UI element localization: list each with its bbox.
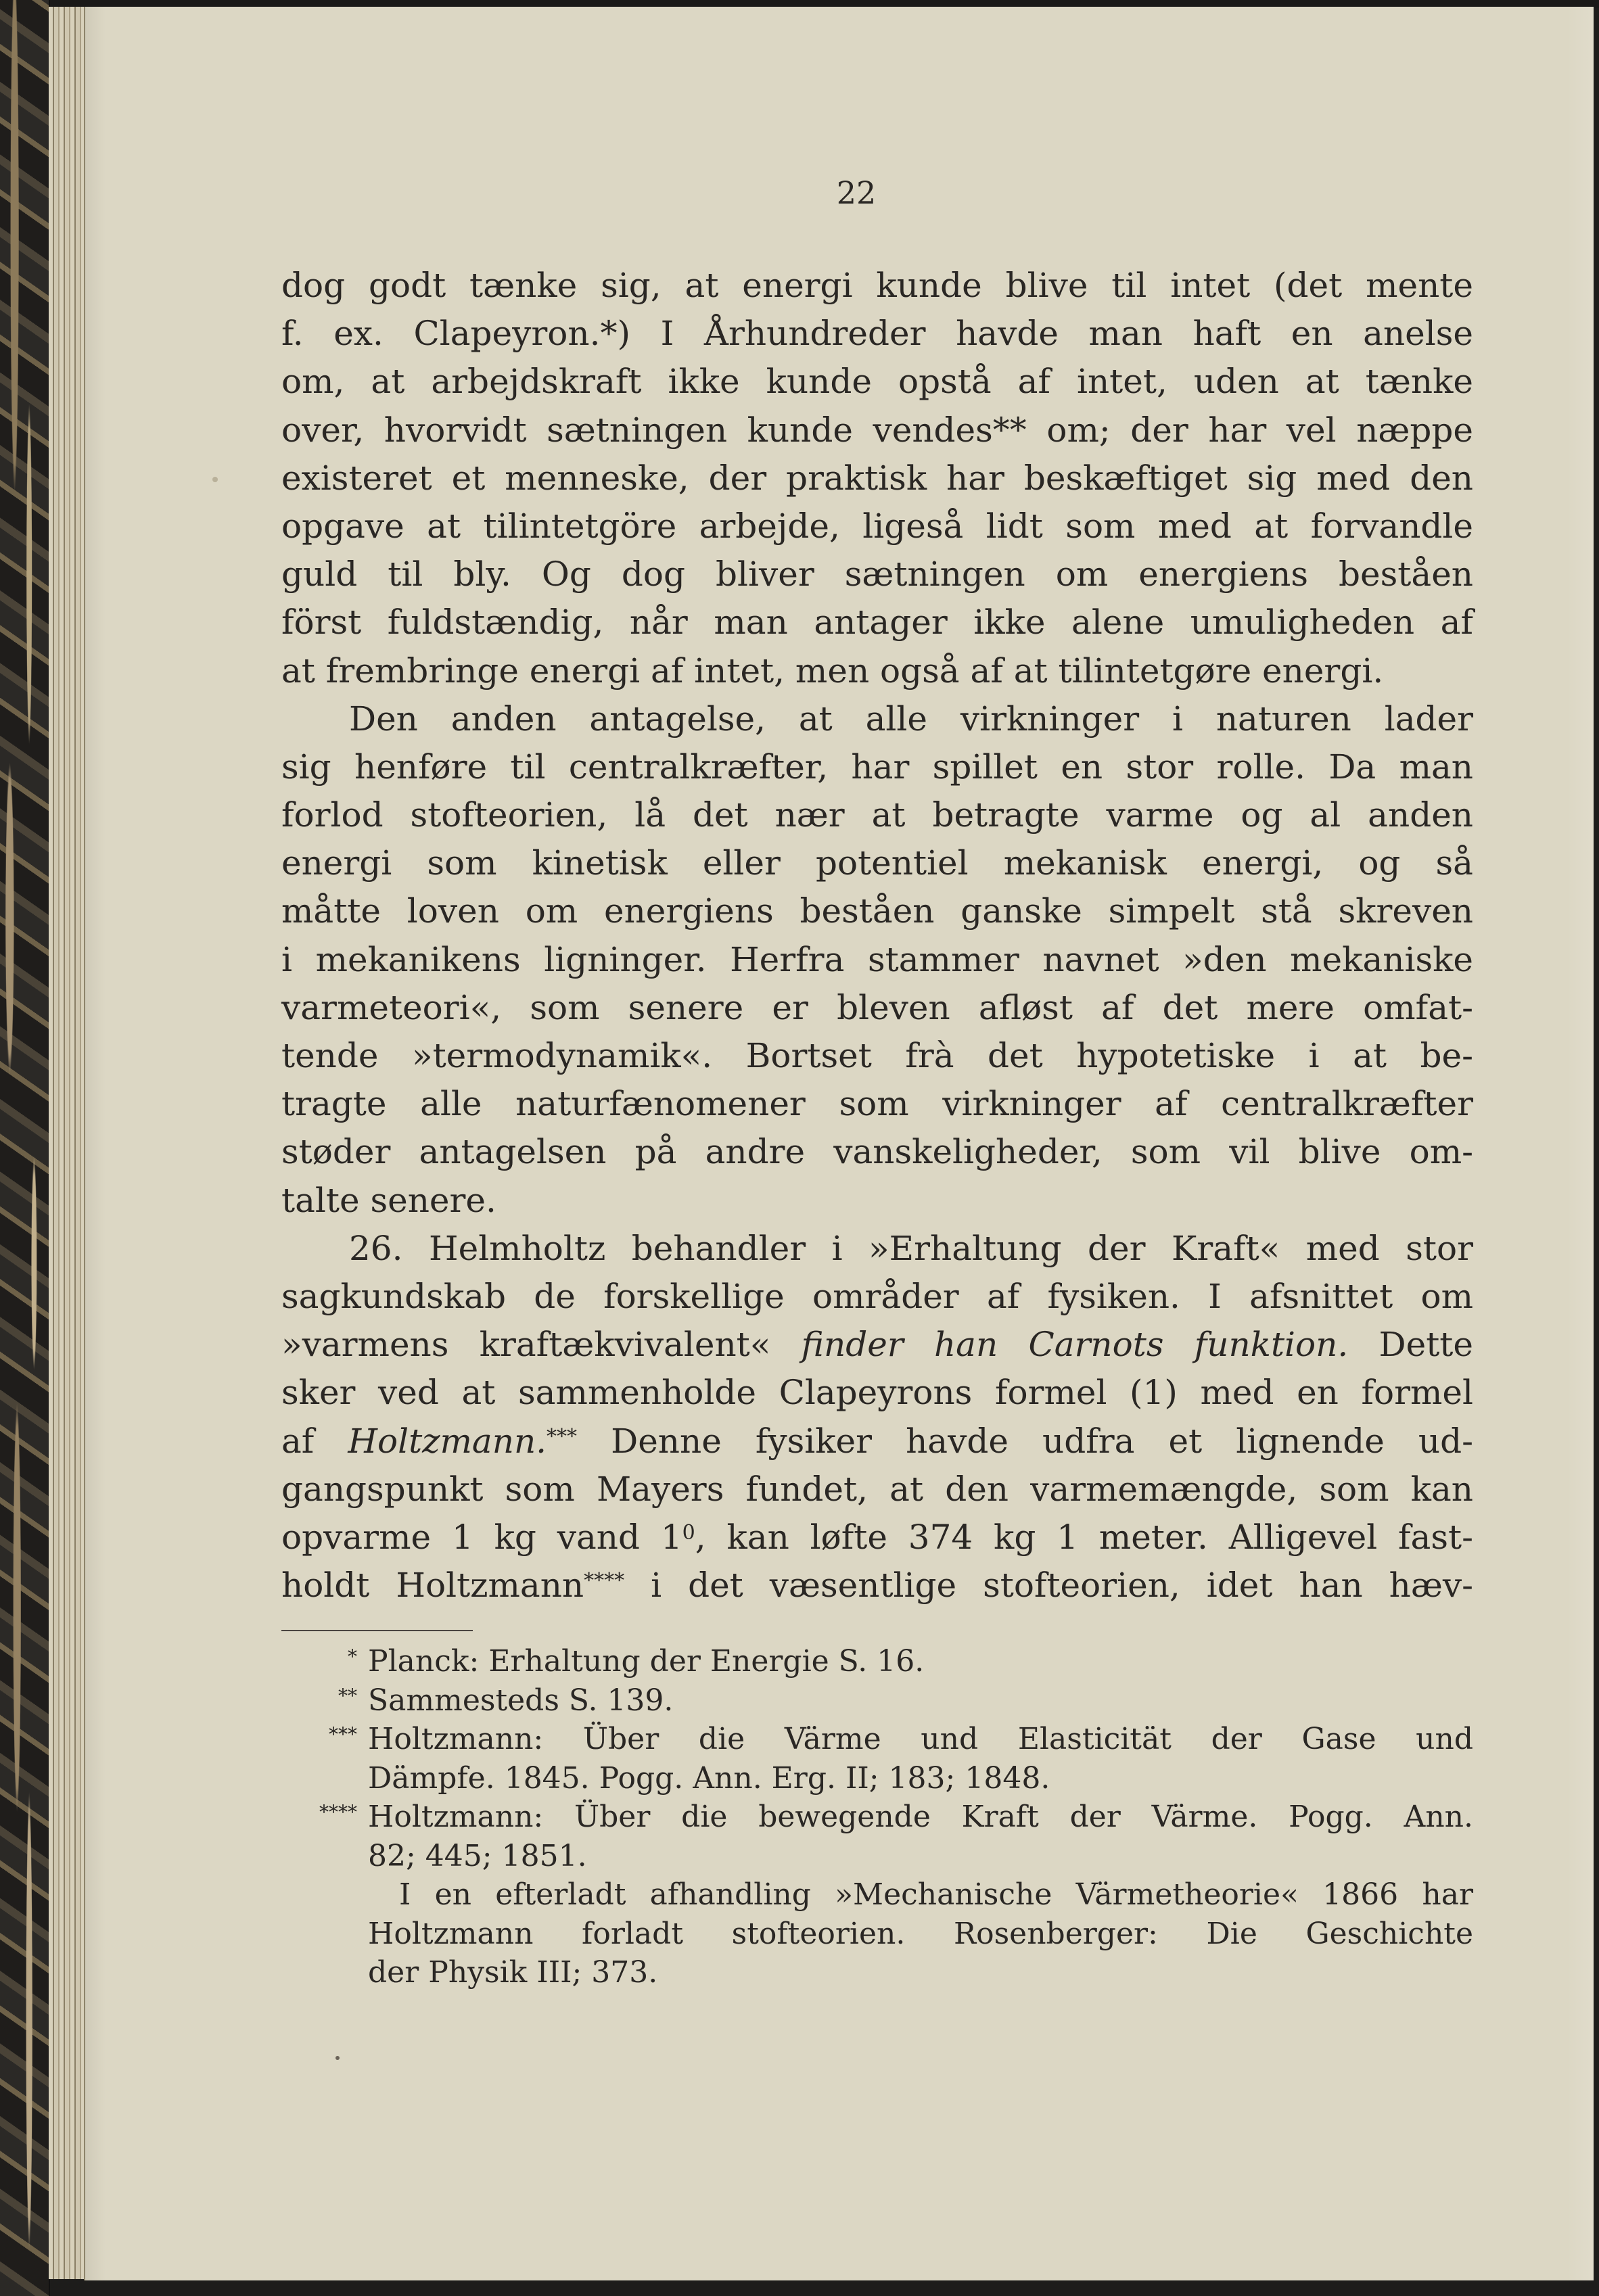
footnote-text: Holtzmann: Über die Värme und Elasticitä…	[368, 1720, 1473, 1759]
footnote-text: I en efterladt afhandling »Mechanische V…	[368, 1875, 1473, 1915]
book-page: 22 dog godt tænke sig, at energi kunde b…	[84, 7, 1594, 2280]
text-line: af Holtzmann.*** Denne fysiker havde udf…	[281, 1418, 1473, 1466]
text-line: forlod stofteorien, lå det nær at betrag…	[281, 791, 1473, 839]
footnote-ref[interactable]: ****	[584, 1569, 624, 1593]
italic-name: Holtzmann.	[348, 1422, 547, 1461]
footnote-4: **** Holtzmann: Über die bewegende Kraft…	[281, 1798, 1473, 1875]
footnote-marker: *	[281, 1643, 357, 1670]
footnote-text: Dämpfe. 1845. Pogg. Ann. Erg. II; 183; 1…	[368, 1759, 1473, 1798]
text-line: existeret et menneske, der praktisk har …	[281, 454, 1473, 502]
text-line: tende »termodynamik«. Bortset frà det hy…	[281, 1032, 1473, 1080]
footnote-marker: ***	[281, 1721, 357, 1748]
paper-speck	[335, 2056, 340, 2060]
degree-superscript: 0	[682, 1521, 695, 1545]
footnote-marker: ****	[281, 1799, 357, 1826]
page-stack-edges	[49, 7, 84, 2279]
text-line: tragte alle naturfænomener som virkninge…	[281, 1080, 1473, 1128]
text-line: støder antagelsen på andre vanskelighede…	[281, 1128, 1473, 1176]
text-line: opgave at tilintetgöre arbejde, ligeså l…	[281, 502, 1473, 550]
footnote-marker: **	[281, 1683, 357, 1710]
text-line: sagkundskab de forskellige områder af fy…	[281, 1273, 1473, 1321]
footnote-2: ** Sammesteds S. 139.	[281, 1681, 1473, 1720]
footnote-text: 82; 445; 1851.	[368, 1837, 1473, 1876]
footnote-3: *** Holtzmann: Über die Värme und Elasti…	[281, 1720, 1473, 1798]
footnote-text: Holtzmann: Über die bewegende Kraft der …	[368, 1798, 1473, 1837]
footnote-4-continuation: I en efterladt afhandling »Mechanische V…	[281, 1875, 1473, 1992]
text-line: sig henføre til centralkræfter, har spil…	[281, 743, 1473, 791]
book-binding-marbled-cover	[0, 0, 50, 2296]
text-line: måtte loven om energiens beståen ganske …	[281, 887, 1473, 935]
page-number: 22	[816, 174, 897, 211]
paragraph-1: dog godt tænke sig, at energi kunde bliv…	[281, 262, 1473, 695]
paragraph-3-section-26: 26. Helmholtz behandler i »Erhaltung der…	[281, 1225, 1473, 1610]
text-line: holdt Holtzmann**** i det væsentlige sto…	[281, 1562, 1473, 1610]
footnote-divider	[281, 1630, 473, 1631]
text-line: over, hvorvidt sætningen kunde vendes** …	[281, 406, 1473, 454]
text-line: 26. Helmholtz behandler i »Erhaltung der…	[281, 1225, 1473, 1273]
text-line: energi som kinetisk eller potentiel meka…	[281, 839, 1473, 887]
text-line: dog godt tænke sig, at energi kunde bliv…	[281, 262, 1473, 310]
footnote-text: der Physik III; 373.	[368, 1953, 1473, 1992]
text-line: »varmens kraftækvivalent« finder han Car…	[281, 1321, 1473, 1369]
footnote-text: Sammesteds S. 139.	[368, 1681, 1473, 1720]
footnote-ref[interactable]: ***	[547, 1425, 577, 1449]
text-line: varmeteori«, som senere er bleven afløst…	[281, 984, 1473, 1032]
text-line: at frembringe energi af intet, men også …	[281, 647, 1473, 695]
text-line: opvarme 1 kg vand 10, kan løfte 374 kg 1…	[281, 1514, 1473, 1562]
text-line: gangspunkt som Mayers fundet, at den var…	[281, 1466, 1473, 1514]
italic-phrase: finder han Carnots funktion.	[802, 1325, 1349, 1364]
text-line: f. ex. Clapeyron.*) I Århundreder havde …	[281, 310, 1473, 358]
text-line: guld til bly. Og dog bliver sætningen om…	[281, 550, 1473, 599]
text-line: om, at arbejdskraft ikke kunde opstå af …	[281, 358, 1473, 406]
body-text: dog godt tænke sig, at energi kunde bliv…	[281, 262, 1473, 1610]
footnotes: * Planck: Erhaltung der Energie S. 16. *…	[281, 1642, 1473, 1992]
text-line: Den anden antagelse, at alle virkninger …	[281, 695, 1473, 743]
footnote-text: Holtzmann forladt stofteorien. Rosenberg…	[368, 1915, 1473, 1954]
footnote-text: Planck: Erhaltung der Energie S. 16.	[368, 1642, 1473, 1681]
paragraph-2: Den anden antagelse, at alle virkninger …	[281, 695, 1473, 1225]
text-line: i mekanikens ligninger. Herfra stammer n…	[281, 936, 1473, 984]
text-line: talte senere.	[281, 1177, 1473, 1225]
footnote-1: * Planck: Erhaltung der Energie S. 16.	[281, 1642, 1473, 1681]
text-line: först fuldstændig, når man antager ikke …	[281, 599, 1473, 647]
text-line: sker ved at sammenholde Clapeyrons forme…	[281, 1369, 1473, 1417]
paper-speck	[212, 477, 218, 482]
